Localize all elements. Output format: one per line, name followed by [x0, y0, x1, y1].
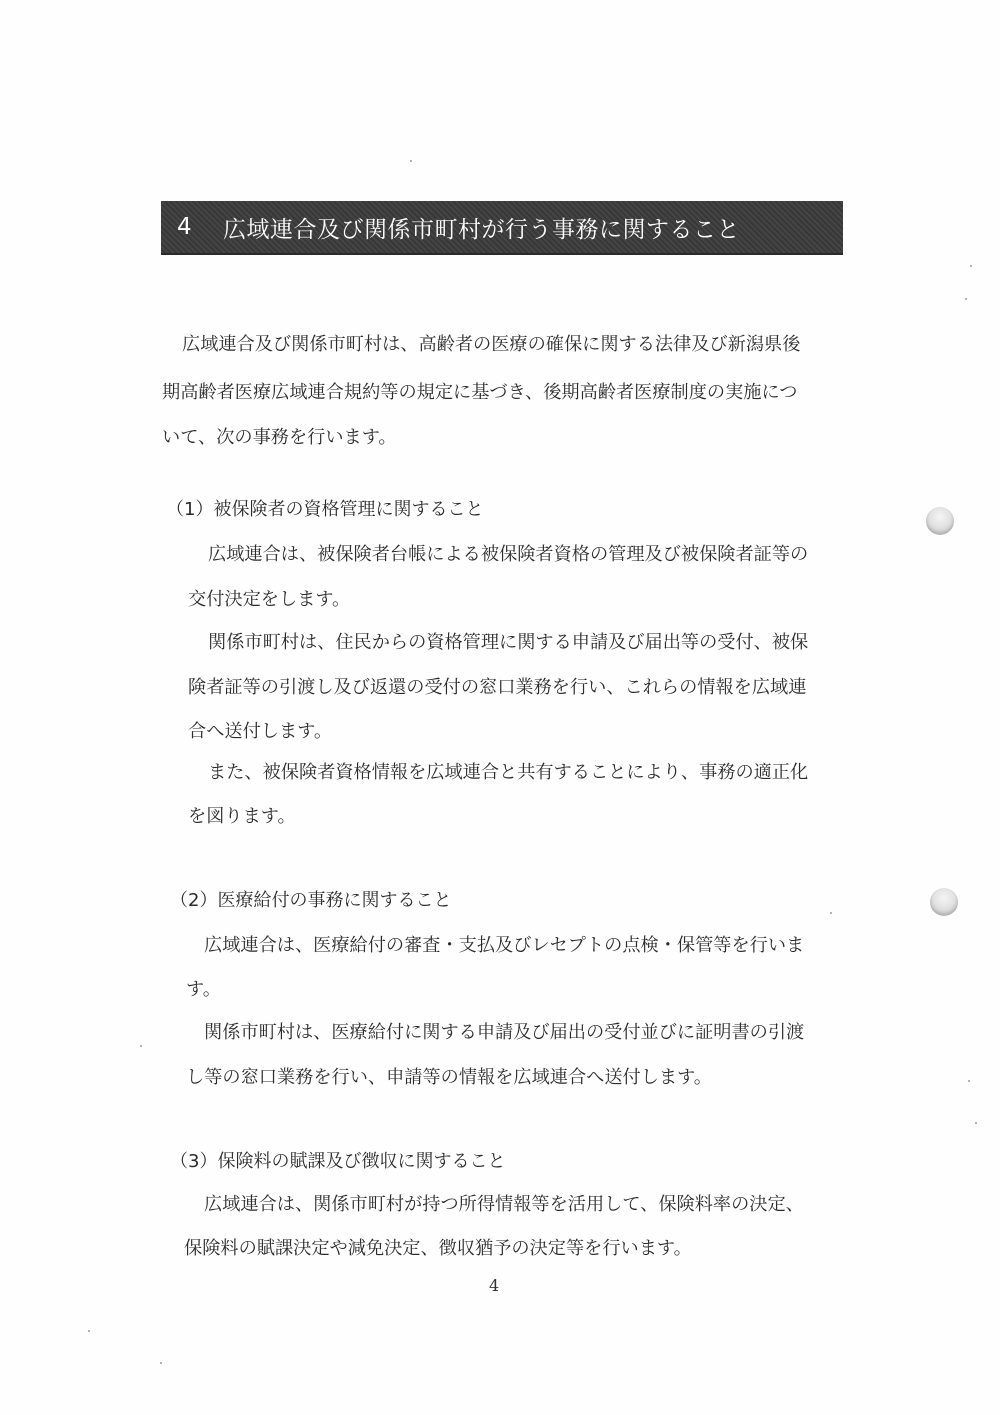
scan-speck: [965, 298, 967, 300]
intro-line-2: 期高齢者医療広域連合規約等の規定に基づき、後期高齢者医療制度の実施につ: [162, 378, 797, 404]
intro-line-1: 広域連合及び関係市町村は、高齢者の医療の確保に関する法律及び新潟県後: [182, 330, 800, 356]
scan-speck: [968, 1080, 970, 1082]
subsection-3-heading: （3）保険料の賦課及び徴収に関すること: [170, 1147, 505, 1173]
scan-speck: [970, 265, 972, 267]
document-page: 4 広域連合及び関係市町村が行う事務に関すること 広域連合及び関係市町村は、高齢…: [0, 0, 1000, 1415]
section-header-bar: 4 広域連合及び関係市町村が行う事務に関すること: [161, 201, 843, 255]
punch-hole-mark: [930, 888, 958, 916]
subsection-2-line-1: 広域連合は、医療給付の審査・支払及びレセプトの点検・保管等を行いま: [204, 931, 804, 957]
subsection-2-heading: （2）医療給付の事務に関すること: [170, 886, 451, 912]
subsection-1-line-3: 関係市町村は、住民からの資格管理に関する申請及び届出等の受付、被保: [208, 628, 808, 654]
subsection-3-line-2: 保険料の賦課決定や減免決定、徴収猶予の決定等を行います。: [184, 1234, 692, 1260]
scan-speck: [975, 1122, 977, 1124]
section-number: 4: [177, 214, 217, 240]
punch-hole-mark: [926, 507, 954, 535]
subsection-1-line-5: 合へ送付します。: [188, 717, 332, 743]
subsection-1-line-4: 険者証等の引渡し及び返還の受付の窓口業務を行い、これらの情報を広域連: [188, 673, 806, 699]
scan-speck: [140, 1045, 142, 1047]
subsection-1-line-7: を図ります。: [188, 802, 296, 828]
subsection-1-line-2: 交付決定をします。: [188, 585, 350, 611]
intro-line-3: いて、次の事務を行います。: [162, 423, 397, 449]
subsection-2-line-3: 関係市町村は、医療給付に関する申請及び届出の受付並びに証明書の引渡: [204, 1018, 804, 1044]
subsection-3-line-1: 広域連合は、関係市町村が持つ所得情報等を活用して、保険料率の決定、: [204, 1190, 804, 1216]
scan-speck: [160, 1362, 162, 1364]
scan-speck: [830, 912, 832, 914]
subsection-1-line-6: また、被保険者資格情報を広域連合と共有することにより、事務の適正化: [208, 758, 808, 784]
subsection-2-line-2: す。: [186, 975, 221, 1001]
subsection-1-heading: （1）被保険者の資格管理に関すること: [166, 495, 483, 521]
scan-speck: [410, 160, 412, 162]
scan-speck: [88, 1330, 90, 1332]
subsection-1-line-1: 広域連合は、被保険者台帳による被保険者資格の管理及び被保険者証等の: [208, 540, 808, 566]
section-title: 広域連合及び関係市町村が行う事務に関すること: [223, 211, 740, 244]
page-number: 4: [489, 1276, 499, 1295]
subsection-2-line-4: し等の窓口業務を行い、申請等の情報を広域連合へ送付します。: [186, 1063, 712, 1089]
